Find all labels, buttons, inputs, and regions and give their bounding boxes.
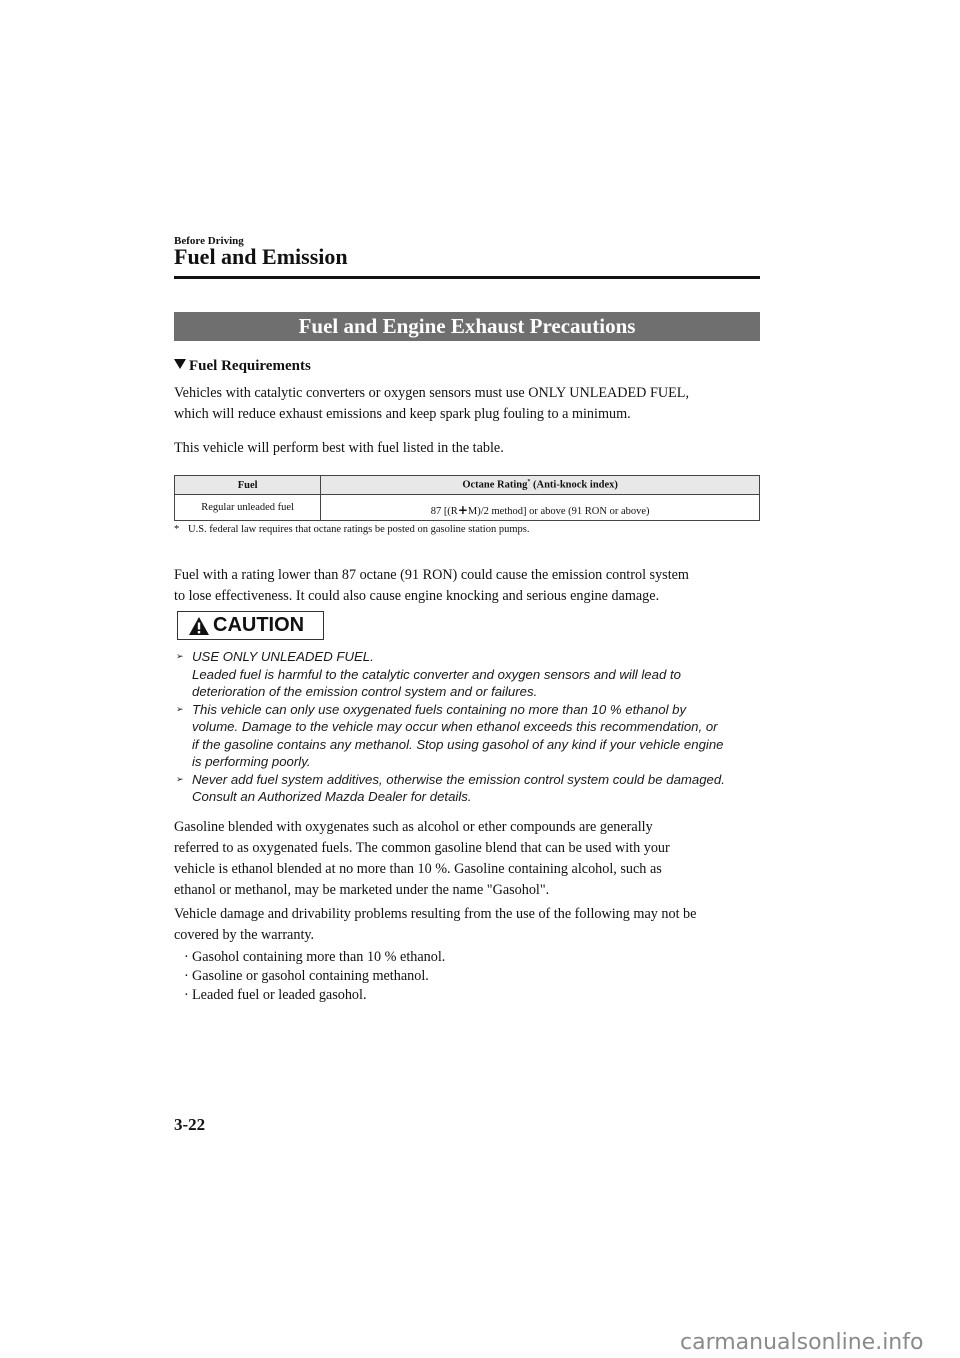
warranty-list: ·Gasohol containing more than 10 % ethan… bbox=[184, 948, 445, 1005]
topic-banner: Fuel and Engine Exhaust Precautions bbox=[174, 312, 760, 341]
col-header-fuel: Fuel bbox=[175, 476, 321, 495]
caution-text: CAUTION bbox=[213, 614, 304, 637]
dot-bullet-icon: · bbox=[184, 986, 192, 1005]
caution-item: ➢ This vehicle can only use oxygenated f… bbox=[174, 701, 760, 771]
cell-octane: 87 [(R+M)/2 method] or above (91 RON or … bbox=[321, 495, 760, 521]
warning-triangle-icon bbox=[188, 616, 210, 636]
header-rule bbox=[174, 276, 760, 279]
text-line: ethanol or methanol, may be marketed und… bbox=[174, 880, 760, 901]
arrow-bullet-icon: ➢ bbox=[176, 648, 184, 666]
subheading: Fuel Requirements bbox=[174, 358, 311, 375]
text-line: vehicle is ethanol blended at no more th… bbox=[174, 859, 760, 880]
text-line: referred to as oxygenated fuels. The com… bbox=[174, 838, 760, 859]
text-line: covered by the warranty. bbox=[174, 925, 760, 946]
col-header-octane: Octane Rating* (Anti-knock index) bbox=[321, 476, 760, 495]
caution-item: ➢ USE ONLY UNLEADED FUEL. Leaded fuel is… bbox=[174, 648, 760, 701]
watermark: carmanualsonline.info bbox=[680, 1330, 923, 1355]
page-number: 3-22 bbox=[174, 1115, 205, 1135]
dot-bullet-icon: · bbox=[184, 948, 192, 967]
text-line: Gasoline blended with oxygenates such as… bbox=[174, 817, 760, 838]
paragraph-unleaded: Vehicles with catalytic converters or ox… bbox=[174, 383, 760, 425]
arrow-bullet-icon: ➢ bbox=[176, 701, 184, 719]
text-line: to lose effectiveness. It could also cau… bbox=[174, 586, 760, 607]
paragraph-oxygenates: Gasoline blended with oxygenates such as… bbox=[174, 817, 760, 901]
chapter-title: Fuel and Emission bbox=[174, 244, 348, 270]
paragraph-perform: This vehicle will perform best with fuel… bbox=[174, 438, 760, 459]
list-item: ·Gasoline or gasohol containing methanol… bbox=[184, 967, 445, 986]
plus-icon: + bbox=[458, 503, 468, 517]
caution-item: ➢ Never add fuel system additives, other… bbox=[174, 771, 760, 806]
arrow-bullet-icon: ➢ bbox=[176, 771, 184, 789]
dot-bullet-icon: · bbox=[184, 967, 192, 986]
list-item: ·Leaded fuel or leaded gasohol. bbox=[184, 986, 445, 1005]
fuel-table: Fuel Octane Rating* (Anti-knock index) R… bbox=[174, 475, 760, 521]
caution-label: CAUTION bbox=[177, 611, 324, 640]
text-line: Vehicles with catalytic converters or ox… bbox=[174, 383, 760, 404]
table-header-row: Fuel Octane Rating* (Anti-knock index) bbox=[175, 476, 760, 495]
cell-fuel: Regular unleaded fuel bbox=[175, 495, 321, 521]
table-row: Regular unleaded fuel 87 [(R+M)/2 method… bbox=[175, 495, 760, 521]
text-line: Fuel with a rating lower than 87 octane … bbox=[174, 565, 760, 586]
caution-list: ➢ USE ONLY UNLEADED FUEL. Leaded fuel is… bbox=[174, 648, 760, 806]
table-footnote: *U.S. federal law requires that octane r… bbox=[174, 524, 529, 535]
text-line: Vehicle damage and drivability problems … bbox=[174, 904, 760, 925]
triangle-down-icon bbox=[174, 359, 186, 369]
subheading-text: Fuel Requirements bbox=[189, 358, 311, 374]
text-line: which will reduce exhaust emissions and … bbox=[174, 404, 760, 425]
paragraph-octane-warning: Fuel with a rating lower than 87 octane … bbox=[174, 565, 760, 607]
paragraph-warranty: Vehicle damage and drivability problems … bbox=[174, 904, 760, 946]
list-item: ·Gasohol containing more than 10 % ethan… bbox=[184, 948, 445, 967]
